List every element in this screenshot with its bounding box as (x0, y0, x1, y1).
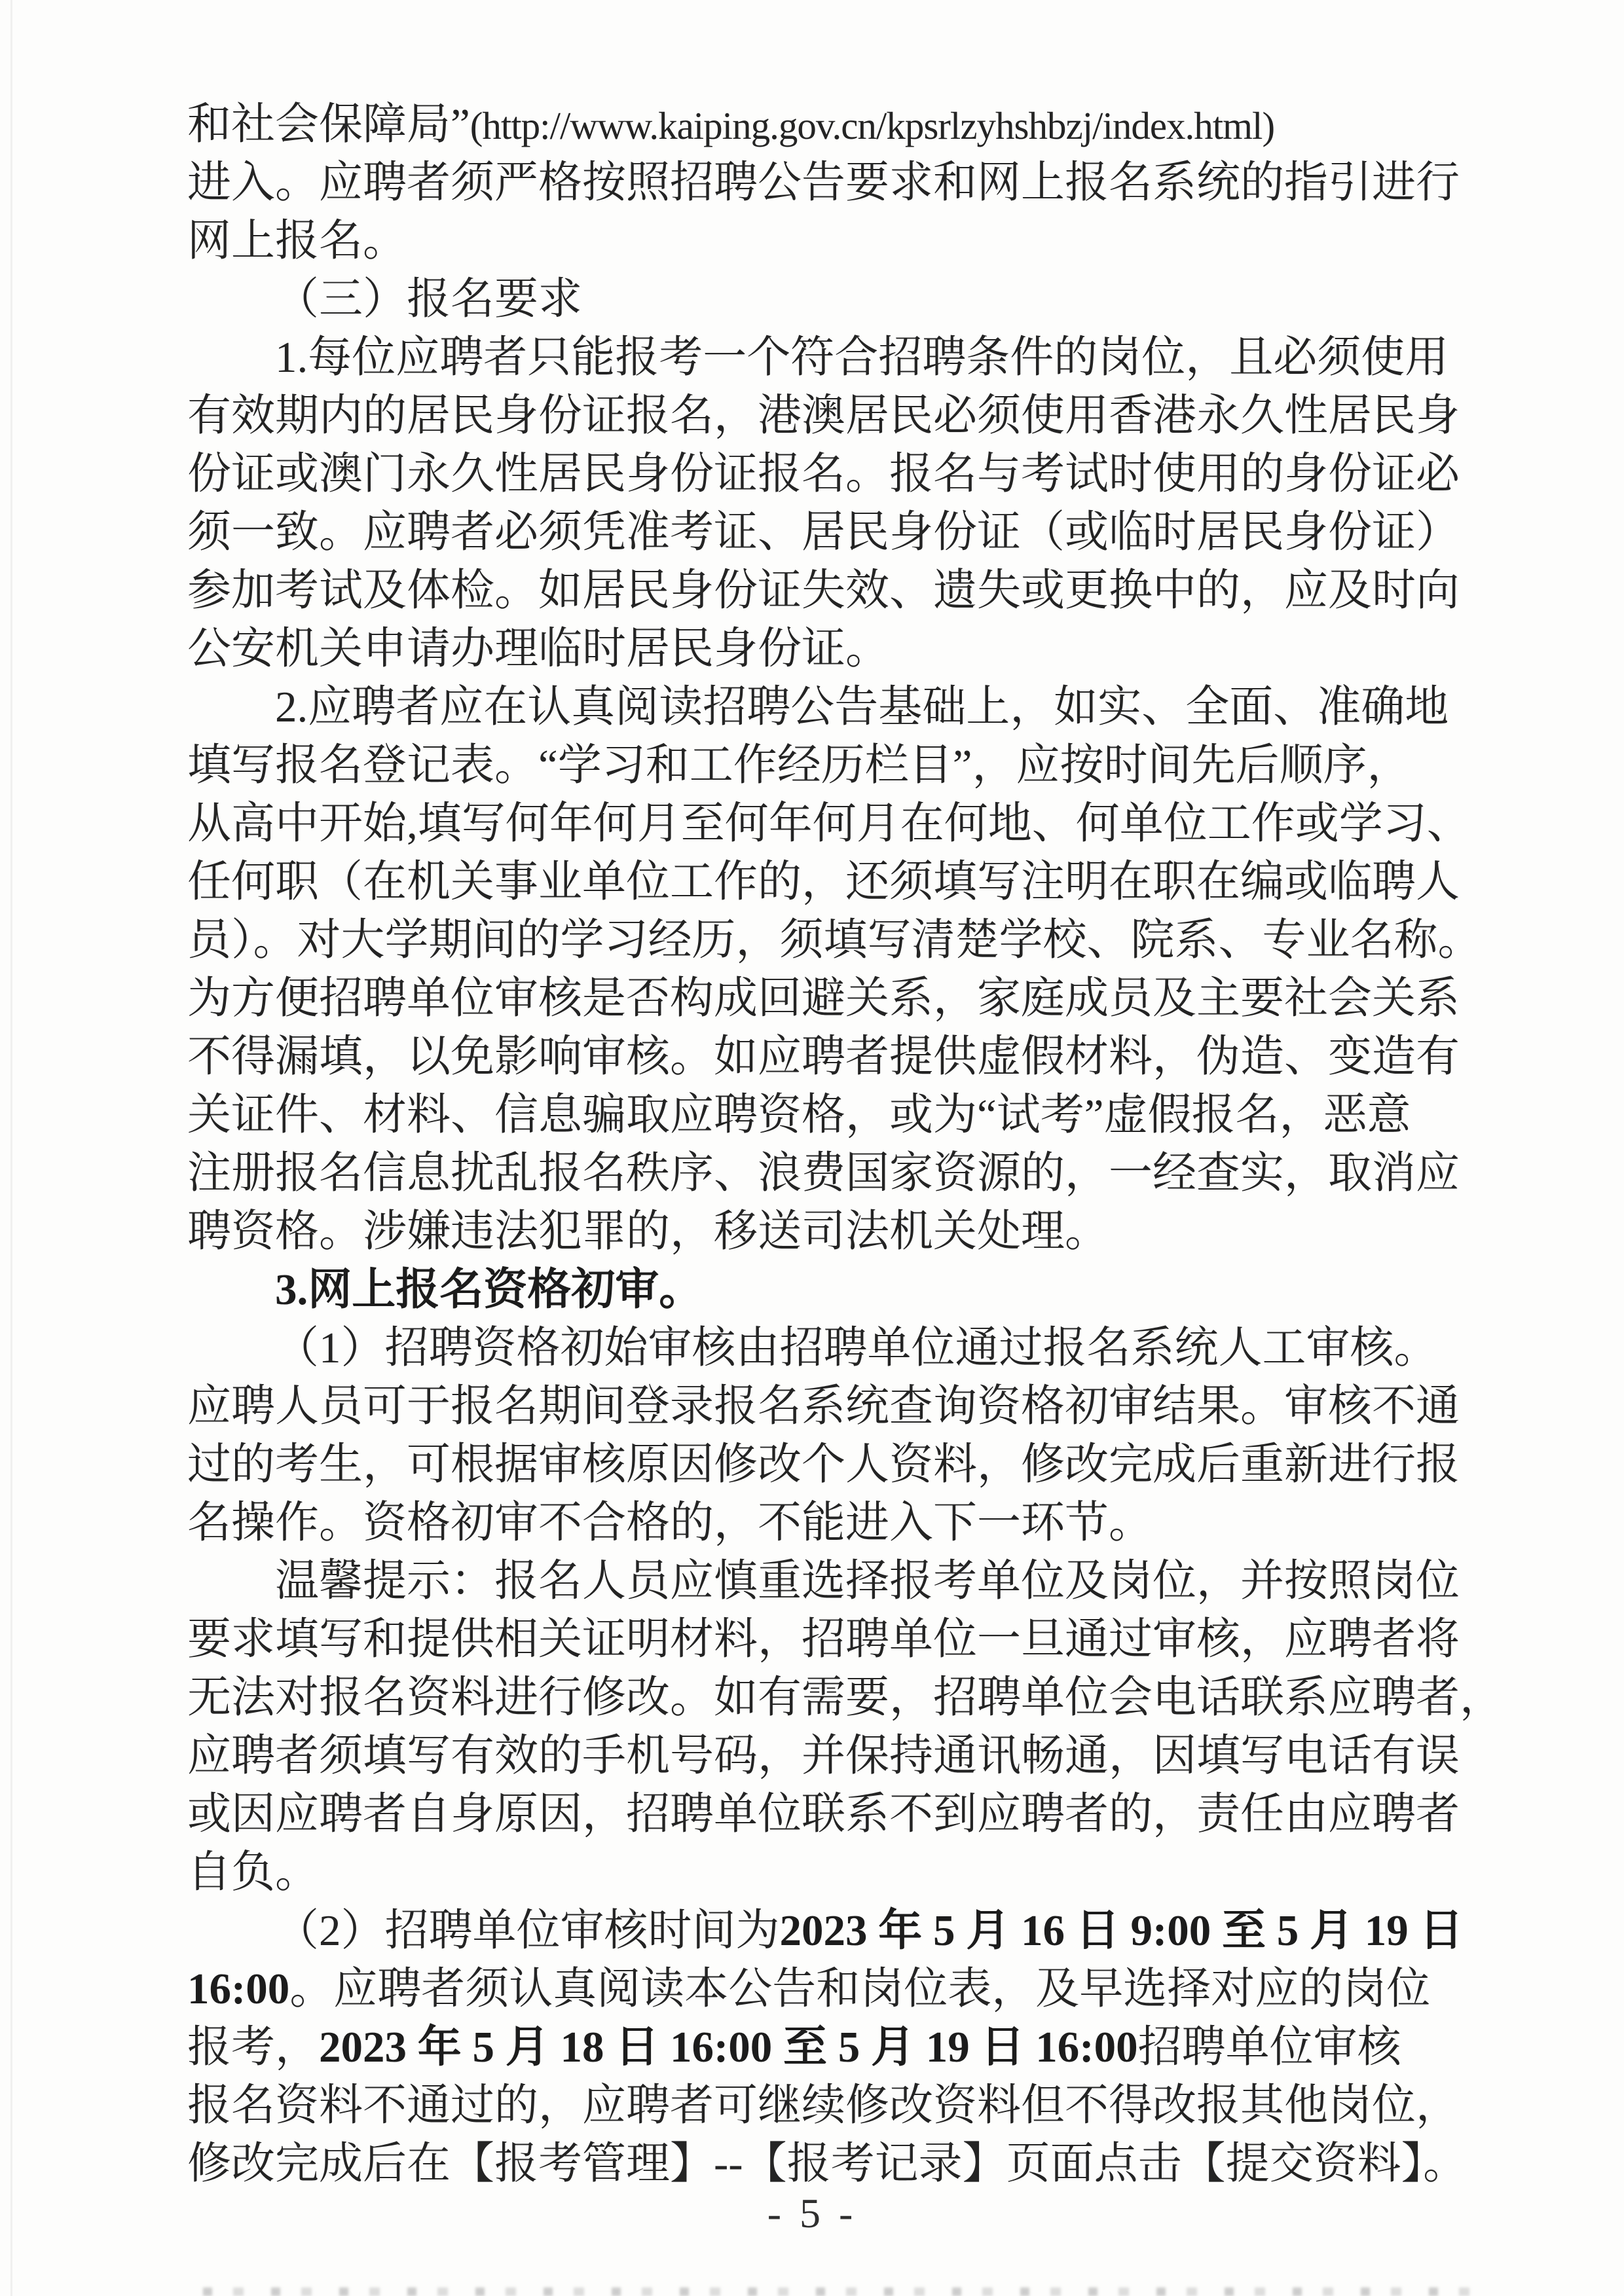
text-run: 自负。 (187, 1848, 319, 1897)
text-line: 填写报名登记表。“学习和工作经历栏目”，应按时间先后顺序， (187, 737, 1464, 795)
text-run: 不得漏填，以免影响审核。如应聘者提供虚假材料，伪造、变造有 (187, 1032, 1460, 1081)
text-line: 要求填写和提供相关证明材料，招聘单位一旦通过审核，应聘者将 (187, 1611, 1464, 1669)
text-line: 报名资料不通过的，应聘者可继续修改资料但不得改报其他岗位， (187, 2077, 1464, 2135)
text-line: 16:00。应聘者须认真阅读本公告和岗位表，及早选择对应的岗位 (187, 1960, 1464, 2018)
text-run: 网上报名。 (187, 217, 407, 265)
text-line: 注册报名信息扰乱报名秩序、浪费国家资源的，一经查实，取消应 (187, 1144, 1464, 1203)
bold-text-run: 2023 年 5 月 18 日 16:00 至 5 月 19 日 16:00 (319, 2023, 1138, 2071)
text-run: 要求填写和提供相关证明材料，招聘单位一旦通过审核，应聘者将 (187, 1615, 1460, 1664)
text-line: 1.每位应聘者只能报考一个符合招聘条件的岗位，且必须使用 (187, 329, 1464, 387)
text-line: 应聘人员可于报名期间登录报名系统查询资格初审结果。审核不通 (187, 1377, 1464, 1436)
text-line: （1）招聘资格初始审核由招聘单位通过报名系统人工审核。 (187, 1319, 1464, 1377)
text-line: 报考，2023 年 5 月 18 日 16:00 至 5 月 19 日 16:0… (187, 2018, 1464, 2077)
text-run: 修改完成后在【报考管理】--【报考记录】页面点击【提交资料】。 (187, 2140, 1467, 2188)
text-run: 和社会保障局” (187, 100, 470, 149)
text-run: 2.应聘者应在认真阅读招聘公告基础上，如实、全面、准确地 (275, 683, 1449, 731)
text-line: （2）招聘单位审核时间为2023 年 5 月 16 日 9:00 至 5 月 1… (187, 1902, 1464, 1960)
text-line: 3.网上报名资格初审。 (187, 1261, 1464, 1319)
text-line: 聘资格。涉嫌违法犯罪的，移送司法机关处理。 (187, 1203, 1464, 1261)
text-run: 招聘单位审核 (1138, 2023, 1401, 2071)
text-run: 1.每位应聘者只能报考一个符合招聘条件的岗位，且必须使用 (275, 333, 1449, 382)
text-run: 或因应聘者自身原因，招聘单位联系不到应聘者的，责任由应聘者 (187, 1790, 1460, 1838)
text-line: 和社会保障局”(http://www.kaiping.gov.cn/kpsrlz… (187, 96, 1464, 154)
text-line: 网上报名。 (187, 212, 1464, 270)
text-line: 份证或澳门永久性居民身份证报名。报名与考试时使用的身份证必 (187, 445, 1464, 503)
text-run: 注册报名信息扰乱报名秩序、浪费国家资源的，一经查实，取消应 (187, 1149, 1460, 1197)
scanned-document-page: 和社会保障局”(http://www.kaiping.gov.cn/kpsrlz… (0, 0, 1624, 2296)
text-run: 报考， (187, 2023, 319, 2071)
text-run: 应聘人员可于报名期间登录报名系统查询资格初审结果。审核不通 (187, 1382, 1460, 1430)
text-line: 有效期内的居民身份证报名，港澳居民必须使用香港永久性居民身 (187, 387, 1464, 445)
text-line: 任何职（在机关事业单位工作的，还须填写注明在职在编或临聘人 (187, 853, 1464, 911)
text-line: 无法对报名资料进行修改。如有需要，招聘单位会电话联系应聘者， (187, 1669, 1464, 1727)
text-line: 过的考生，可根据审核原因修改个人资料，修改完成后重新进行报 (187, 1436, 1464, 1494)
text-line: 自负。 (187, 1844, 1464, 1902)
text-run: 进入。应聘者须严格按照招聘公告要求和网上报名系统的指引进行 (187, 158, 1460, 207)
document-body: 和社会保障局”(http://www.kaiping.gov.cn/kpsrlz… (187, 96, 1464, 2193)
text-run: 填写报名登记表。“学习和工作经历栏目”，应按时间先后顺序， (187, 741, 1411, 790)
text-run: （三）报名要求 (275, 275, 582, 323)
text-run: 。应聘者须认真阅读本公告和岗位表，及早选择对应的岗位 (289, 1965, 1430, 2013)
next-page-bleed-through (203, 2287, 1486, 2296)
text-run: （2）招聘单位审核时间为 (275, 1906, 780, 1955)
text-run: 报名资料不通过的，应聘者可继续修改资料但不得改报其他岗位， (187, 2081, 1460, 2130)
scanner-edge-shadow (10, 0, 12, 2296)
bold-text-run: 16:00 (187, 1965, 289, 2013)
text-line: 须一致。应聘者必须凭准考证、居民身份证（或临时居民身份证） (187, 503, 1464, 562)
text-run: 应聘者须填写有效的手机号码，并保持通讯畅通，因填写电话有误 (187, 1732, 1460, 1780)
text-run: 过的考生，可根据审核原因修改个人资料，修改完成后重新进行报 (187, 1440, 1460, 1489)
page-number: - 5 - (0, 2184, 1624, 2242)
text-run: 关证件、材料、信息骗取应聘资格，或为“试考”虚假报名，恶意 (187, 1091, 1411, 1139)
text-run: 员）。对大学期间的学习经历，须填写清楚学校、院系、专业名称。 (187, 916, 1482, 964)
text-run: 温馨提示：报名人员应慎重选择报考单位及岗位，并按照岗位 (275, 1557, 1460, 1605)
text-run: 为方便招聘单位审核是否构成回避关系，家庭成员及主要社会关系 (187, 974, 1460, 1023)
text-run: （1）招聘资格初始审核由招聘单位通过报名系统人工审核。 (275, 1324, 1438, 1372)
text-run: 聘资格。涉嫌违法犯罪的，移送司法机关处理。 (187, 1207, 1109, 1256)
text-run: 有效期内的居民身份证报名，港澳居民必须使用香港永久性居民身 (187, 392, 1460, 440)
text-run: 从高中开始,填写何年何月至何年何月在何地、何单位工作或学习、 (187, 799, 1471, 848)
text-line: 或因应聘者自身原因，招聘单位联系不到应聘者的，责任由应聘者 (187, 1785, 1464, 1844)
text-line: 进入。应聘者须严格按照招聘公告要求和网上报名系统的指引进行 (187, 154, 1464, 212)
text-run: 公安机关申请办理临时居民身份证。 (187, 625, 889, 673)
text-run: 任何职（在机关事业单位工作的，还须填写注明在职在编或临聘人 (187, 858, 1460, 906)
text-line: 公安机关申请办理临时居民身份证。 (187, 620, 1464, 678)
text-line: 员）。对大学期间的学习经历，须填写清楚学校、院系、专业名称。 (187, 911, 1464, 970)
text-line: （三）报名要求 (187, 270, 1464, 329)
text-run: 参加考试及体检。如居民身份证失效、遗失或更换中的，应及时向 (187, 566, 1460, 615)
text-line: 参加考试及体检。如居民身份证失效、遗失或更换中的，应及时向 (187, 562, 1464, 620)
text-run: 份证或澳门永久性居民身份证报名。报名与考试时使用的身份证必 (187, 450, 1460, 498)
text-line: 不得漏填，以免影响审核。如应聘者提供虚假材料，伪造、变造有 (187, 1028, 1464, 1086)
text-line: 为方便招聘单位审核是否构成回避关系，家庭成员及主要社会关系 (187, 970, 1464, 1028)
text-line: 应聘者须填写有效的手机号码，并保持通讯畅通，因填写电话有误 (187, 1727, 1464, 1785)
text-run: 须一致。应聘者必须凭准考证、居民身份证（或临时居民身份证） (187, 508, 1460, 556)
text-run: 名操作。资格初审不合格的，不能进入下一环节。 (187, 1499, 1153, 1547)
text-run: 无法对报名资料进行修改。如有需要，招聘单位会电话联系应聘者， (187, 1673, 1504, 1722)
bold-text-run: 2023 年 5 月 16 日 9:00 至 5 月 19 日 (780, 1906, 1464, 1955)
bold-text-run: 3.网上报名资格初审。 (275, 1266, 703, 1314)
text-line: 名操作。资格初审不合格的，不能进入下一环节。 (187, 1494, 1464, 1552)
text-line: 关证件、材料、信息骗取应聘资格，或为“试考”虚假报名，恶意 (187, 1086, 1464, 1144)
url-text-run: (http://www.kaiping.gov.cn/kpsrlzyhshbzj… (470, 104, 1274, 147)
text-line: 2.应聘者应在认真阅读招聘公告基础上，如实、全面、准确地 (187, 678, 1464, 737)
text-line: 从高中开始,填写何年何月至何年何月在何地、何单位工作或学习、 (187, 795, 1464, 853)
text-line: 温馨提示：报名人员应慎重选择报考单位及岗位，并按照岗位 (187, 1552, 1464, 1611)
